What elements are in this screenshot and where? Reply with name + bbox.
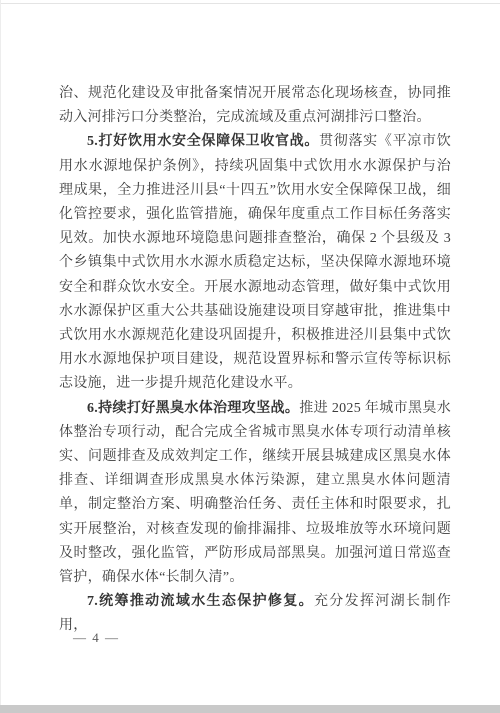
paragraph-continuation: 治、规范化建设及审批备案情况开展常态化现场核查，协同推动入河排污口分类整治，完成… (59, 82, 451, 130)
paragraph-text: 治、规范化建设及审批备案情况开展常态化现场核查，协同推动入河排污口分类整治，完成… (59, 86, 451, 125)
paragraph-item-5: 5.打好饮用水安全保障保卫收官战。贯彻落实《平凉市饮用水水源地保护条例》，持续巩… (59, 130, 451, 396)
document-page: 治、规范化建设及审批备案情况开展常态化现场核查，协同推动入河排污口分类整治，完成… (0, 0, 500, 713)
page-number: — 4 — (73, 630, 120, 646)
scan-top-edge (0, 3, 500, 4)
paragraph-text: 推进 2025 年城市黑臭水体整治专项行动，配合完成全省城市黑臭水体专项行动清单… (59, 401, 451, 585)
paragraph-lead: 5.打好饮用水安全保障保卫收官战。 (87, 134, 319, 149)
paragraph-lead: 7.统筹推动流域水生态保护修复。 (87, 594, 314, 609)
scan-left-edge (0, 0, 1, 713)
document-body: 治、规范化建设及审批备案情况开展常态化现场核查，协同推动入河排污口分类整治，完成… (59, 82, 451, 639)
scan-bottom-edge (0, 705, 500, 713)
paragraph-lead: 6.持续打好黑臭水体治理攻坚战。 (87, 401, 299, 416)
paragraph-text: 贯彻落实《平凉市饮用水水源地保护条例》，持续巩固集中式饮用水水源保护与治理成果，… (59, 134, 451, 391)
paragraph-item-6: 6.持续打好黑臭水体治理攻坚战。推进 2025 年城市黑臭水体整治专项行动，配合… (59, 397, 451, 591)
